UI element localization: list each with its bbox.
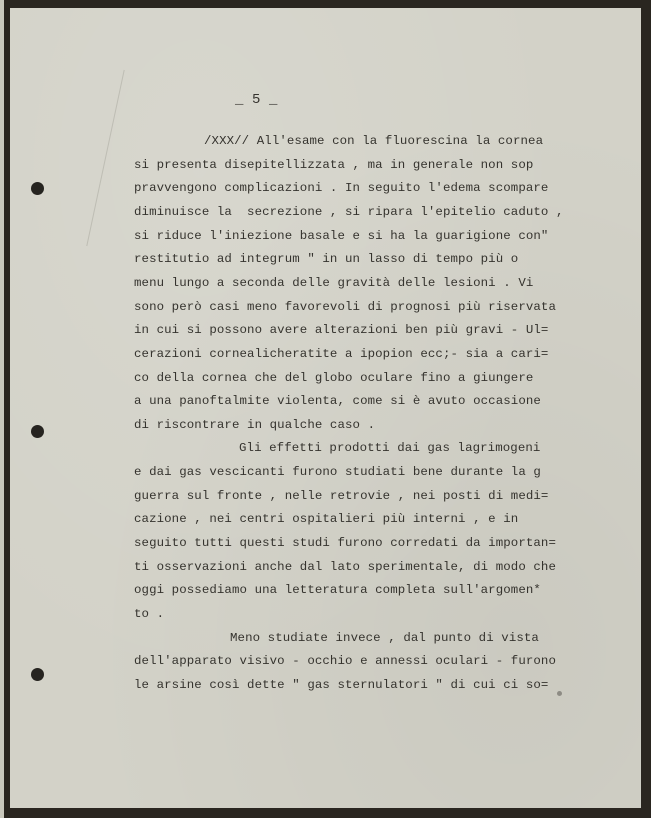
text-line: a una panoftalmite violenta, come si è a… xyxy=(134,394,541,408)
text-line: /XXX// All'esame con la fluorescina la c… xyxy=(204,134,543,148)
text-line: diminuisce la secrezione , si ripara l'e… xyxy=(134,205,564,219)
punch-hole xyxy=(31,182,44,195)
page-number: _ 5 _ xyxy=(235,92,278,108)
text-line: guerra sul fronte , nelle retrovie , nei… xyxy=(134,489,548,503)
text-line: cazione , nei centri ospitalieri più int… xyxy=(134,512,518,526)
text-line: cerazioni cornealicheratite a ipopion ec… xyxy=(134,347,548,361)
text-line: sono però casi meno favorevoli di progno… xyxy=(134,300,556,314)
document-page: _ 5 _ /XXX// All'esame con la fluorescin… xyxy=(10,8,641,808)
text-line: oggi possediamo una letteratura completa… xyxy=(134,583,541,597)
text-line: dell'apparato visivo - occhio e annessi … xyxy=(134,654,556,668)
punch-hole xyxy=(31,668,44,681)
paper-crease xyxy=(86,70,124,246)
text-line: Meno studiate invece , dal punto di vist… xyxy=(230,631,539,645)
text-line: to . xyxy=(134,607,164,621)
text-line: in cui si possono avere alterazioni ben … xyxy=(134,323,548,337)
text-line: e dai gas vescicanti furono studiati ben… xyxy=(134,465,541,479)
ink-smudge xyxy=(557,691,562,696)
text-line: si presenta disepitellizzata , ma in gen… xyxy=(134,158,533,172)
text-line: di riscontrare in qualche caso . xyxy=(134,418,375,432)
text-line: Gli effetti prodotti dai gas lagrimogeni xyxy=(239,441,540,455)
text-line: restitutio ad integrum " in un lasso di … xyxy=(134,252,518,266)
text-line: pravvengono complicazioni . In seguito l… xyxy=(134,181,548,195)
text-line: si riduce l'iniezione basale e si ha la … xyxy=(134,229,548,243)
adjacent-page-edge xyxy=(0,0,4,818)
text-line: seguito tutti questi studi furono corred… xyxy=(134,536,556,550)
text-line: ti osservazioni anche dal lato speriment… xyxy=(134,560,556,574)
text-line: menu lungo a seconda delle gravità delle… xyxy=(134,276,533,290)
punch-hole xyxy=(31,425,44,438)
text-line: co della cornea che del globo oculare fi… xyxy=(134,371,533,385)
text-line: le arsine così dette " gas sternulatori … xyxy=(134,678,548,692)
